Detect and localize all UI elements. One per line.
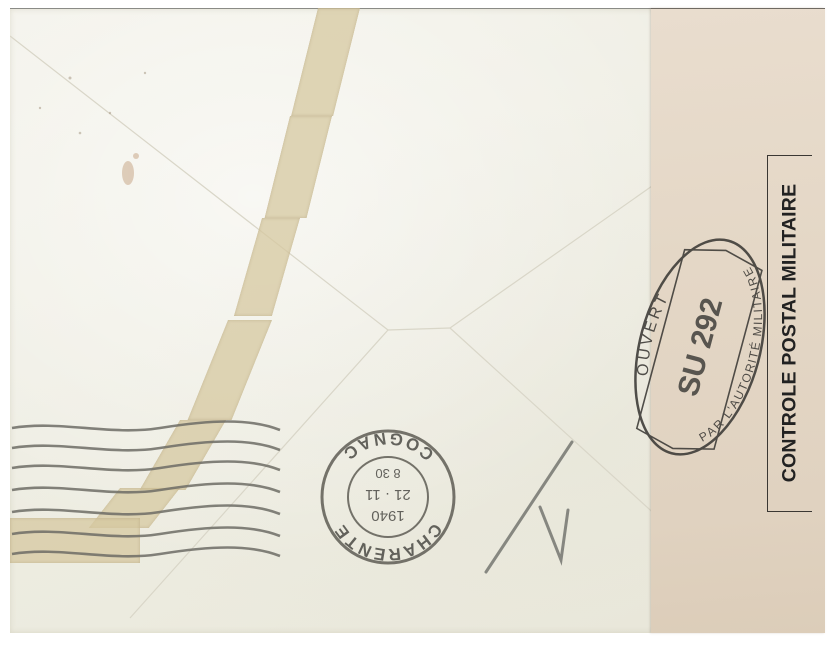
censor-label-text: CONTROLE POSTAL MILITAIRE (779, 184, 802, 483)
